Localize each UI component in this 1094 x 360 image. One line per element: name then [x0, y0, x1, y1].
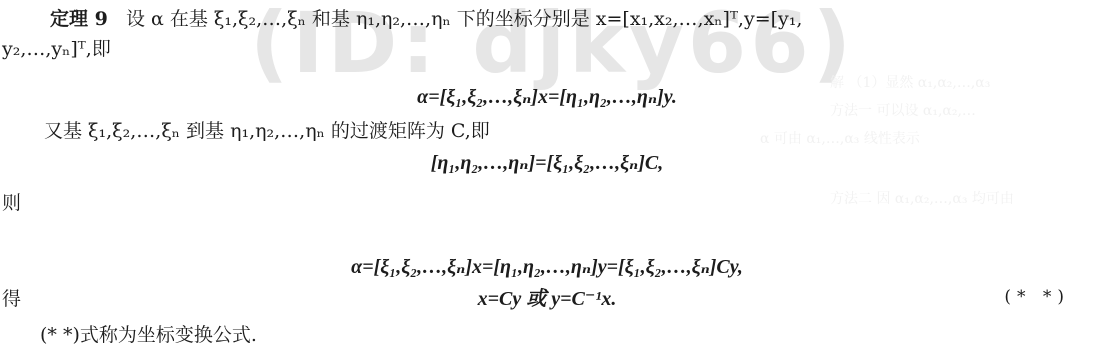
theorem-statement: 设 α 在基 ξ₁,ξ₂,…,ξₙ 和基 η₁,η₂,…,ηₙ 下的坐标分别是 …: [126, 8, 802, 30]
equation-tag: (* *): [1004, 287, 1070, 307]
then-label: 则: [2, 190, 21, 216]
ghost-text: α 可由 α₁,…,α₃ 线性表示: [760, 128, 920, 148]
conclusion-sentence: (* *)式称为坐标变换公式.: [40, 322, 257, 348]
transition-matrix-sentence: 又基 ξ₁,ξ₂,…,ξₙ 到基 η₁,η₂,…,ηₙ 的过渡矩阵为 C,即: [44, 118, 490, 144]
equation-alpha-coordinates: α=[ξ₁,ξ₂,…,ξₙ]x=[η₁,η₂,…,ηₙ]y.: [0, 84, 1094, 110]
equation-substitution: α=[ξ₁,ξ₂,…,ξₙ]x=[η₁,η₂,…,ηₙ]y=[ξ₁,ξ₂,…,ξ…: [0, 254, 1094, 280]
equation-transition-matrix: [η₁,η₂,…,ηₙ]=[ξ₁,ξ₂,…,ξₙ]C,: [0, 150, 1094, 176]
theorem-label: 定理 9: [50, 8, 108, 30]
theorem-first-line: 定理 9 设 α 在基 ξ₁,ξ₂,…,ξₙ 和基 η₁,η₂,…,ηₙ 下的坐…: [50, 6, 802, 32]
theorem-second-line: y₂,…,yₙ]ᵀ,即: [2, 36, 111, 62]
equation-coordinate-transform: x=Cy 或 y=C⁻¹x.: [0, 286, 1094, 312]
ghost-text: 方法二 因 α₁,α₂,…,α₃ 均可由: [830, 188, 1014, 208]
